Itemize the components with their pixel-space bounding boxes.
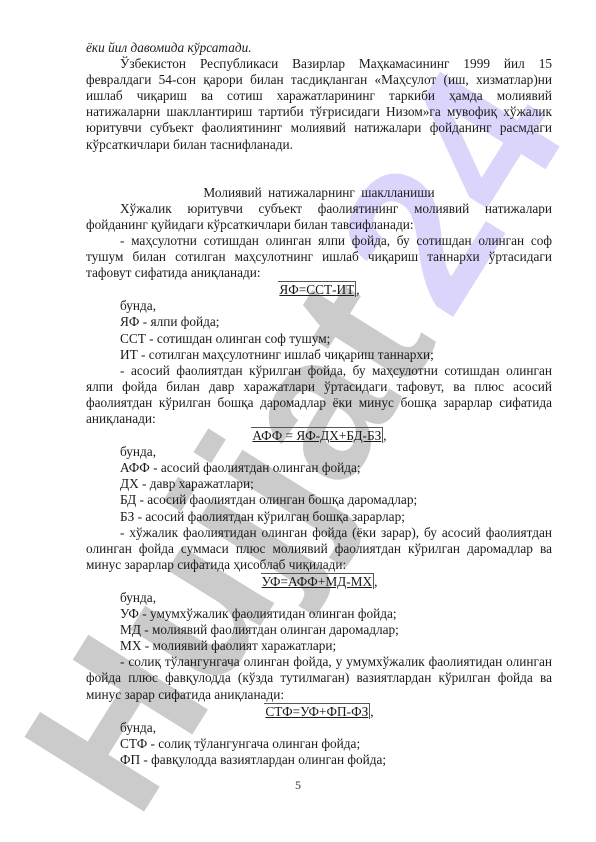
formula-line-4: СТФ=УФ+ФП-ФЗ, [86, 703, 552, 720]
formula-business-profit: УФ=АФФ+МД-МХ [261, 573, 374, 589]
formula-gross-profit: ЯФ=ССТ-ИТ [278, 281, 356, 297]
paragraph-pretax-profit: - солиқ тўлангунгача олинган фойда, у ум… [86, 654, 552, 702]
definition-item: УФ - умумхўжалик фаолиятидан олинган фой… [86, 606, 552, 622]
definition-item: ФП - фавқулодда вазиятлардан олинган фой… [86, 752, 552, 768]
paragraph-business-profit: - хўжалик фаолиятидан олинган фойда (ёки… [86, 525, 552, 573]
spacer [86, 153, 552, 169]
where-label: бунда, [86, 590, 552, 606]
formula-line-1: ЯФ=ССТ-ИТ, [86, 281, 552, 298]
formula-operating-profit: АФФ = ЯФ-ДХ+БД-БЗ [251, 427, 383, 443]
formula-suffix: , [370, 704, 373, 719]
document-body: ёки йил давомида кўрсатади. Ўзбекистон Р… [86, 40, 552, 768]
where-label: бунда, [86, 720, 552, 736]
formula-pretax-profit: СТФ=УФ+ФП-ФЗ [264, 703, 370, 719]
formula-suffix: , [356, 282, 359, 297]
definition-item: АФФ - асосий фаолиятдан олинган фойда; [86, 460, 552, 476]
definition-item: МД - молиявий фаолиятдан олинган даромад… [86, 622, 552, 638]
paragraph-gross-profit: - маҳсулотни сотишдан олинган ялпи фойда… [86, 233, 552, 281]
formula-suffix: , [383, 428, 386, 443]
paragraph-operating-profit: - асосий фаолиятдан кўрилган фойда, бу м… [86, 363, 552, 427]
formula-suffix: , [374, 574, 377, 589]
intro-line: ёки йил давомида кўрсатади. [86, 40, 552, 56]
formula-line-3: УФ=АФФ+МД-МХ, [86, 573, 552, 590]
where-label: бунда, [86, 444, 552, 460]
definition-item: БД - асосий фаолиятдан олинган бошқа дар… [86, 492, 552, 508]
definition-item: СТФ - солиқ тўлангунгача олинган фойда; [86, 736, 552, 752]
definition-item: БЗ - асосий фаолиятдан кўрилган бошқа за… [86, 509, 552, 525]
formula-line-2: АФФ = ЯФ-ДХ+БД-БЗ, [86, 427, 552, 444]
definition-item: ЯФ - ялпи фойда; [86, 314, 552, 330]
where-label: бунда, [86, 298, 552, 314]
definition-item: ИТ - сотилган маҳсулотнинг ишлаб чиқариш… [86, 347, 552, 363]
section-heading: Молиявий натижаларнинг шаклланиши [86, 185, 552, 201]
definition-item: МХ - молиявий фаолият харажатлари; [86, 638, 552, 654]
definition-item: ДХ - давр харажатлари; [86, 476, 552, 492]
definition-item: ССТ - сотишдан олинган соф тушум; [86, 331, 552, 347]
document-page: Hujjat 24 ёки йил давомида кўрсатади. Ўз… [0, 0, 596, 842]
paragraph-intro: Хўжалик юритувчи субъект фаолиятининг мо… [86, 201, 552, 233]
paragraph-regulation: Ўзбекистон Республикаси Вазирлар Маҳкама… [86, 56, 552, 153]
page-number: 5 [0, 778, 596, 793]
